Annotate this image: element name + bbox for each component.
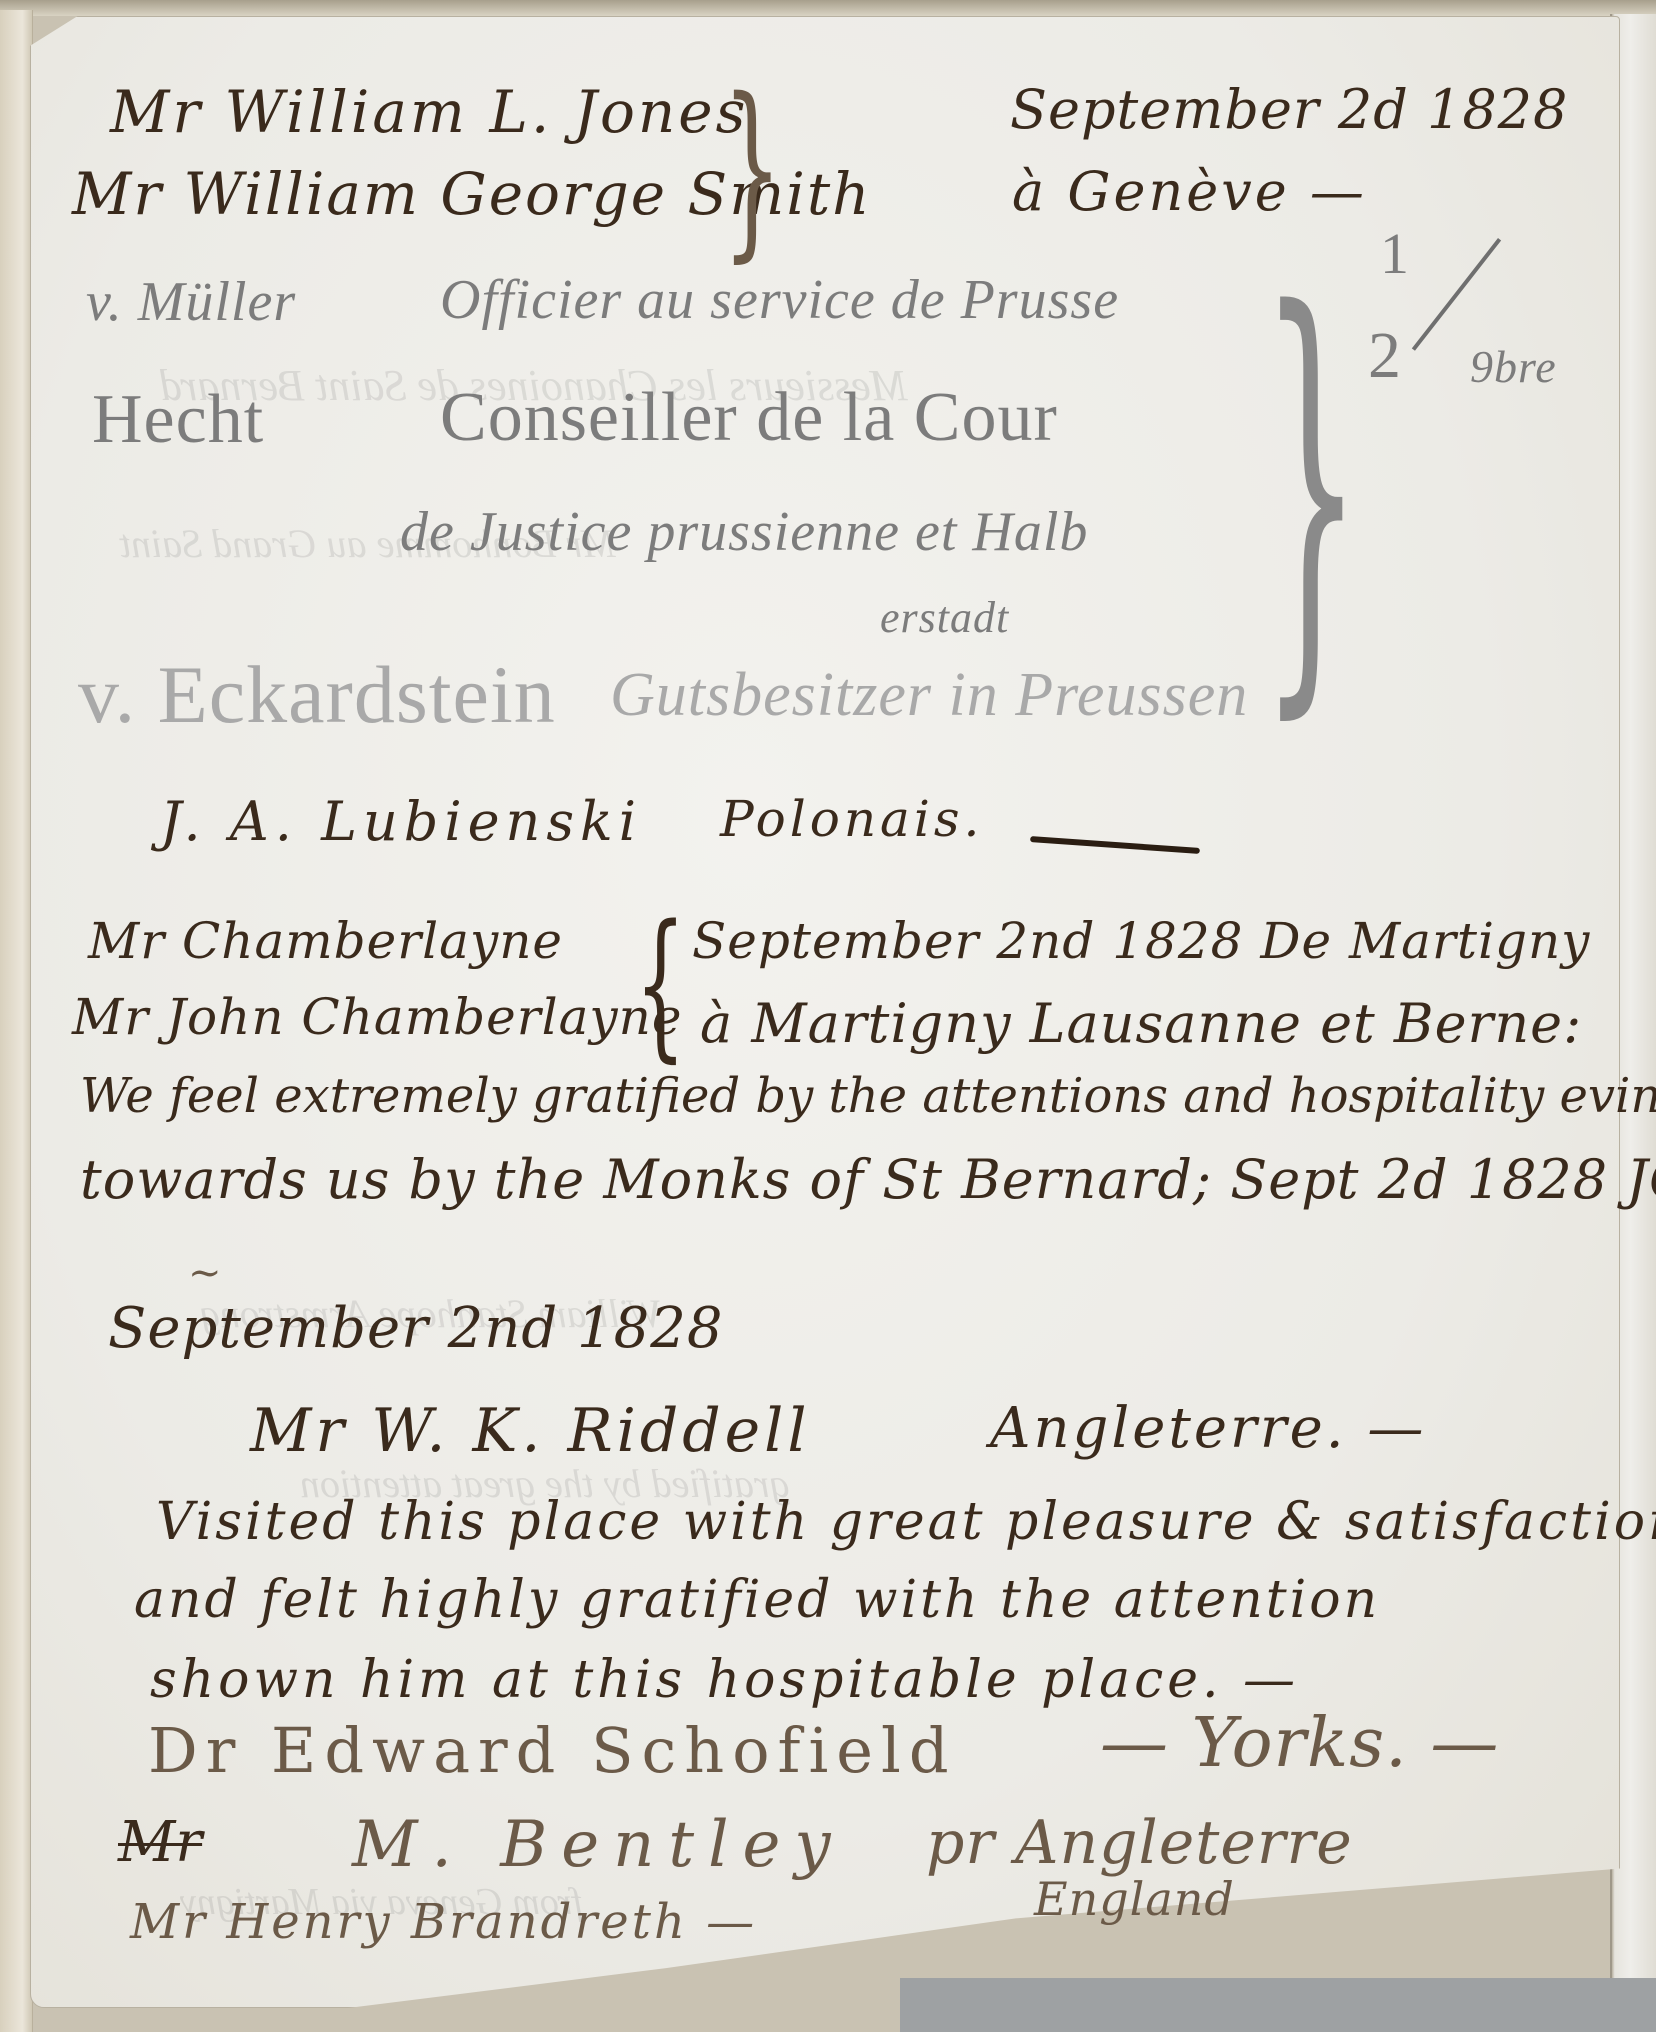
date-fraction-denominator: 2 — [1368, 318, 1402, 394]
signature-name: J. A. Lubienski — [160, 790, 642, 853]
entry-date: September 2nd 1828 De Martigny — [692, 912, 1590, 970]
book-top-edge — [0, 0, 1656, 16]
brace: } — [1260, 220, 1362, 755]
entry-place: à Genève — — [1012, 160, 1367, 223]
signature-title: Gutsbesitzer in Preussen — [610, 660, 1248, 731]
signature-name: Mr Henry Brandreth — — [130, 1894, 757, 1950]
entry-note: shown him at this hospitable place. — — [150, 1650, 1299, 1710]
brace: { — [635, 890, 686, 1077]
signature-name: Mr John Chamberlayne — [72, 988, 682, 1046]
signature-country: England — [1034, 1872, 1235, 1926]
signature-name: v. Müller — [86, 270, 296, 334]
entry-note: and felt highly gratified with the atten… — [134, 1570, 1380, 1630]
struck-out-text: Mr — [118, 1810, 202, 1875]
flourish-mark: ~ — [188, 1250, 223, 1296]
entry-date: September 2nd 1828 — [108, 1296, 724, 1361]
date-month-abbrev: 9bre — [1470, 340, 1557, 393]
signature-title: Conseiller de la Cour — [440, 378, 1058, 458]
signature-name: Hecht — [92, 380, 264, 460]
signature-country: pr Angleterre — [926, 1808, 1353, 1878]
signature-name: Mr Chamberlayne — [88, 912, 563, 970]
signature-title: de Justice prussienne et Halb — [400, 500, 1088, 564]
background-shadow — [900, 1978, 1656, 2032]
entry-note: Visited this place with great pleasure &… — [156, 1492, 1656, 1552]
entry-route: à Martigny Lausanne et Berne: — [700, 992, 1582, 1055]
date-fraction-numerator: 1 — [1380, 220, 1410, 287]
signature-name: M. Bentley — [352, 1808, 845, 1882]
left-page-edge — [0, 10, 33, 2032]
signature-title: erstadt — [880, 592, 1009, 643]
signature-name: Mr W. K. Riddell — [250, 1396, 811, 1466]
entry-date: September 2d 1828 — [1010, 78, 1568, 141]
signature-name: Dr Edward Schofield — [148, 1714, 957, 1787]
signature-country: Angleterre. — — [990, 1396, 1426, 1461]
brace: } — [722, 58, 782, 279]
signature-name: Mr William L. Jones — [110, 78, 748, 146]
entry-note: We feel extremely gratified by the atten… — [80, 1068, 1656, 1124]
signature-place: — Yorks. — — [1100, 1704, 1499, 1783]
signature-title: Officier au service de Prusse — [440, 268, 1119, 332]
signature-name: v. Eckardstein — [78, 648, 556, 742]
signature-nationality: Polonais. — [720, 790, 983, 848]
entry-note: towards us by the Monks of St Bernard; S… — [80, 1148, 1656, 1211]
